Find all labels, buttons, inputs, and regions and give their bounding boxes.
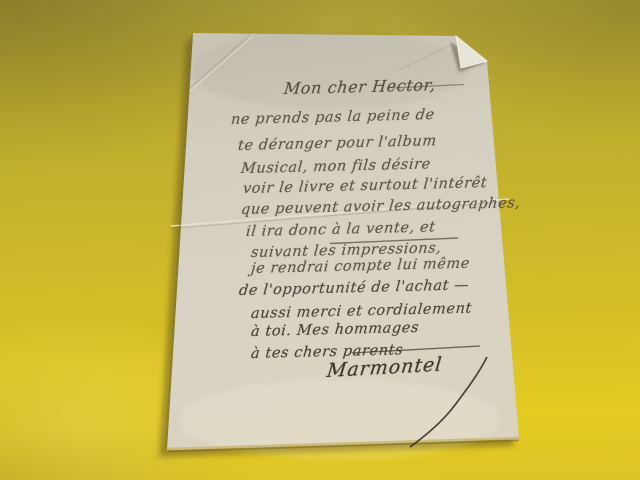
paper-tone-patch xyxy=(190,30,470,110)
letter-paper-graphic xyxy=(0,0,640,480)
photo-background: Mon cher Hector, ne prends pas la peine … xyxy=(0,0,640,480)
salutation: Mon cher Hector, xyxy=(283,75,437,98)
